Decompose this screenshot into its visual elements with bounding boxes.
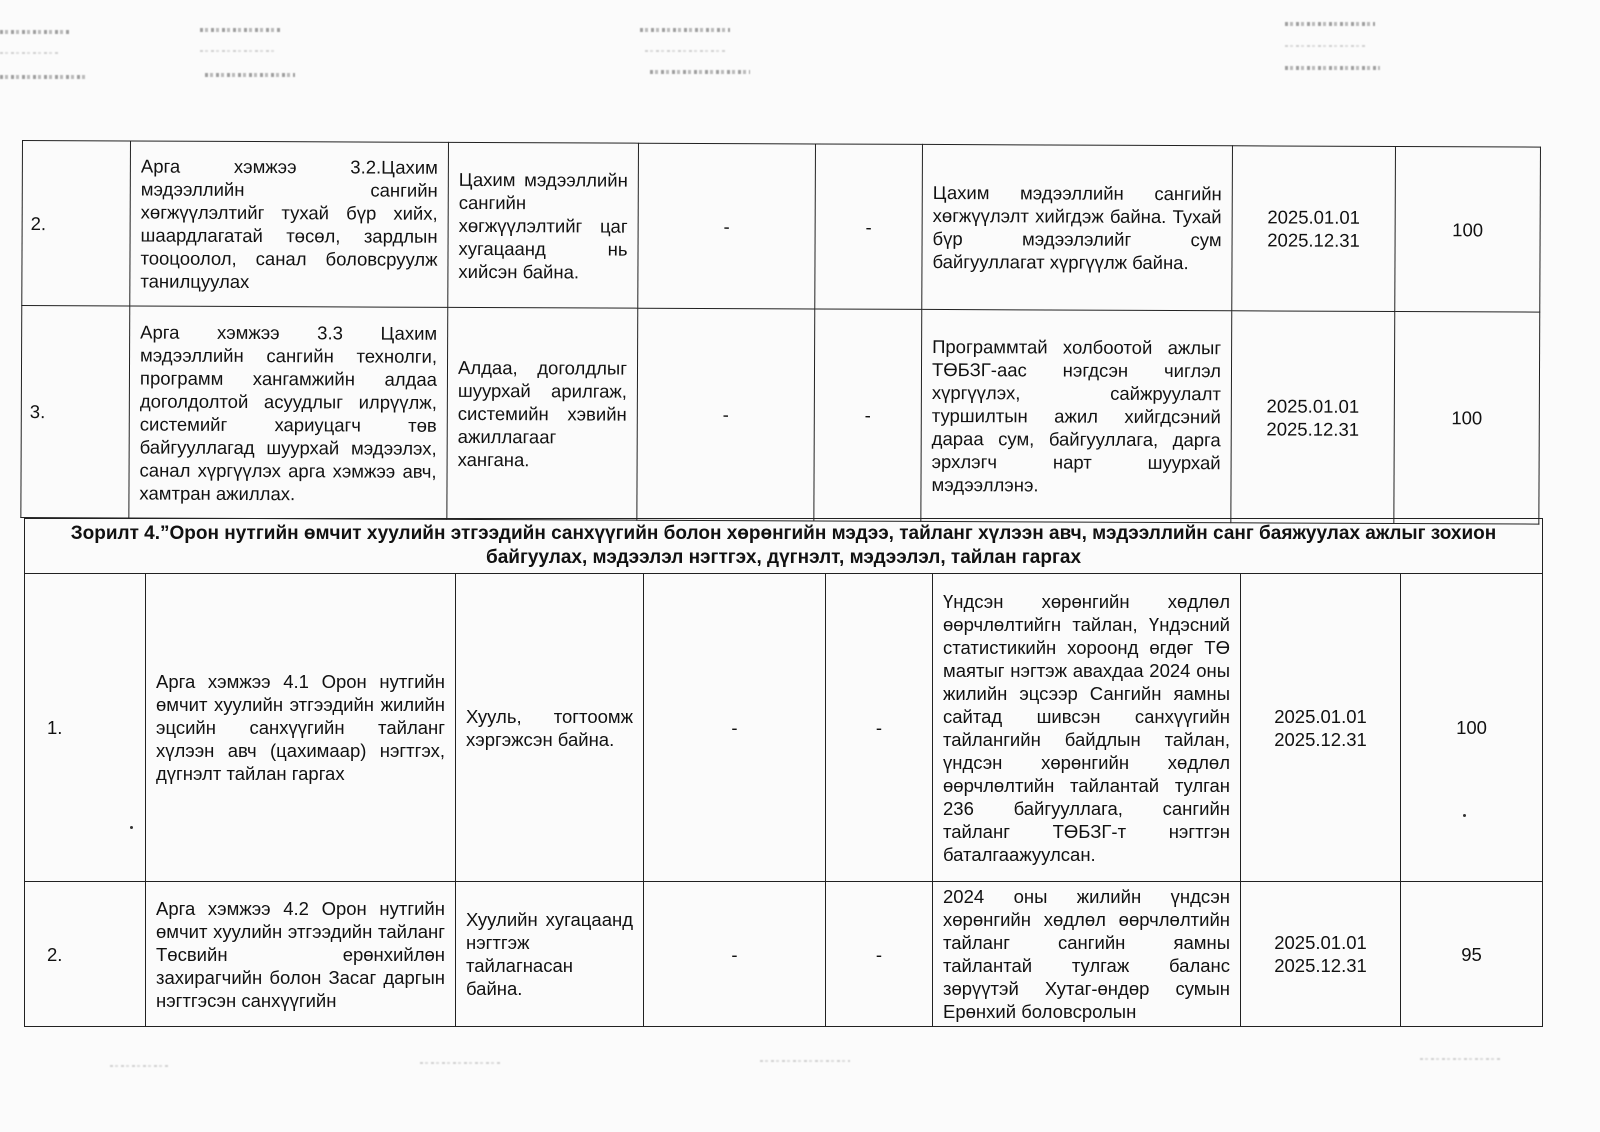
scan-artifact (1285, 66, 1380, 70)
implementation-cell: Үндсэн хөрөнгийн хөдлөл өөрчлөлтийгн тай… (933, 574, 1241, 882)
scan-artifact (640, 28, 730, 32)
percent-cell: 100 (1394, 311, 1540, 524)
scan-artifact (200, 50, 275, 52)
scan-artifact (0, 30, 70, 34)
activity-cell: Арга хэмжээ 3.3 Цахим мэдээллийн сангийн… (129, 306, 448, 519)
date-end: 2025.12.31 (1251, 728, 1390, 751)
percent-cell: 100 (1395, 146, 1541, 312)
table-row: 2. Арга хэмжээ 4.2 Орон нутгийн өмчит ху… (25, 882, 1543, 1027)
dash-cell: - (826, 882, 933, 1027)
dash-cell: - (638, 143, 816, 309)
dash-cell: - (644, 574, 826, 882)
scan-speck (1463, 814, 1466, 817)
scan-artifact (1420, 1058, 1500, 1060)
measures-table-goal-3: 2. Арга хэмжээ 3.2.Цахим мэдээллийн санг… (20, 140, 1541, 525)
expected-result-cell: Хуулийн хугацаанд нэгтгэж тайлагнасан ба… (456, 882, 644, 1027)
scan-artifact (0, 52, 60, 54)
goal-heading-row: Зорилт 4.”Орон нутгийн өмчит хуулийн этг… (25, 519, 1543, 574)
dash-cell: - (637, 308, 815, 521)
table-row: 3. Арга хэмжээ 3.3 Цахим мэдээллийн санг… (21, 306, 1540, 525)
expected-result-cell: Цахим мэдээллийн сангийн хөгжүүлэлтийг ц… (448, 142, 639, 308)
date-end: 2025.12.31 (1242, 417, 1384, 441)
date-start: 2025.01.01 (1242, 394, 1384, 418)
measures-table-goal-4: Зорилт 4.”Орон нутгийн өмчит хуулийн этг… (24, 518, 1543, 1027)
scan-artifact (200, 28, 280, 32)
table-row: 1. Арга хэмжээ 4.1 Орон нутгийн өмчит ху… (25, 574, 1543, 882)
dates-cell: 2025.01.01 2025.12.31 (1231, 311, 1395, 524)
date-start: 2025.01.01 (1251, 705, 1390, 728)
date-end: 2025.12.31 (1251, 954, 1390, 977)
activity-cell: Арга хэмжээ 4.1 Орон нутгийн өмчит хуули… (146, 574, 456, 882)
scan-speck (130, 826, 133, 829)
activity-cell: Арга хэмжээ 4.2 Орон нутгийн өмчит хуули… (146, 882, 456, 1027)
dates-cell: 2025.01.01 2025.12.31 (1241, 882, 1401, 1027)
implementation-cell: Цахим мэдээллийн сангийн хөгжүүлэлт хийг… (922, 144, 1233, 310)
scan-artifact (0, 75, 85, 79)
expected-result-cell: Алдаа, доголдлыг шуурхай арилгаж, систем… (447, 307, 638, 520)
row-number: 3. (21, 306, 130, 518)
scan-artifact (650, 70, 750, 74)
scan-artifact (110, 1065, 170, 1067)
table-row: 2. Арга хэмжээ 3.2.Цахим мэдээллийн санг… (22, 141, 1541, 313)
implementation-cell: Программтай холбоотой ажлыг ТӨБЗГ-аас нэ… (921, 309, 1232, 522)
dash-cell: - (814, 309, 922, 521)
scan-artifact (645, 50, 725, 52)
row-number: 2. (25, 882, 146, 1027)
dash-cell: - (826, 574, 933, 882)
goal-heading: Зорилт 4.”Орон нутгийн өмчит хуулийн этг… (25, 519, 1543, 574)
percent-cell: 100 (1401, 574, 1543, 882)
percent-cell: 95 (1401, 882, 1543, 1027)
implementation-cell: 2024 оны жилийн үндсэн хөрөнгийн хөдлөл … (933, 882, 1241, 1027)
row-number: 1. (25, 574, 146, 882)
scan-artifact (1285, 45, 1365, 47)
dates-cell: 2025.01.01 2025.12.31 (1241, 574, 1401, 882)
dash-cell: - (815, 144, 923, 309)
dates-cell: 2025.01.01 2025.12.31 (1232, 146, 1396, 312)
scan-artifact (760, 1060, 850, 1062)
date-start: 2025.01.01 (1251, 931, 1390, 954)
scan-artifact (1285, 22, 1375, 26)
activity-cell: Арга хэмжээ 3.2.Цахим мэдээллийн сангийн… (130, 141, 449, 307)
date-end: 2025.12.31 (1243, 228, 1385, 252)
dash-cell: - (644, 882, 826, 1027)
date-start: 2025.01.01 (1243, 205, 1385, 229)
row-number: 2. (22, 141, 131, 306)
scan-artifact (420, 1062, 500, 1064)
expected-result-cell: Хууль, тогтоомж хэргэжсэн байна. (456, 574, 644, 882)
scan-artifact (205, 73, 295, 77)
